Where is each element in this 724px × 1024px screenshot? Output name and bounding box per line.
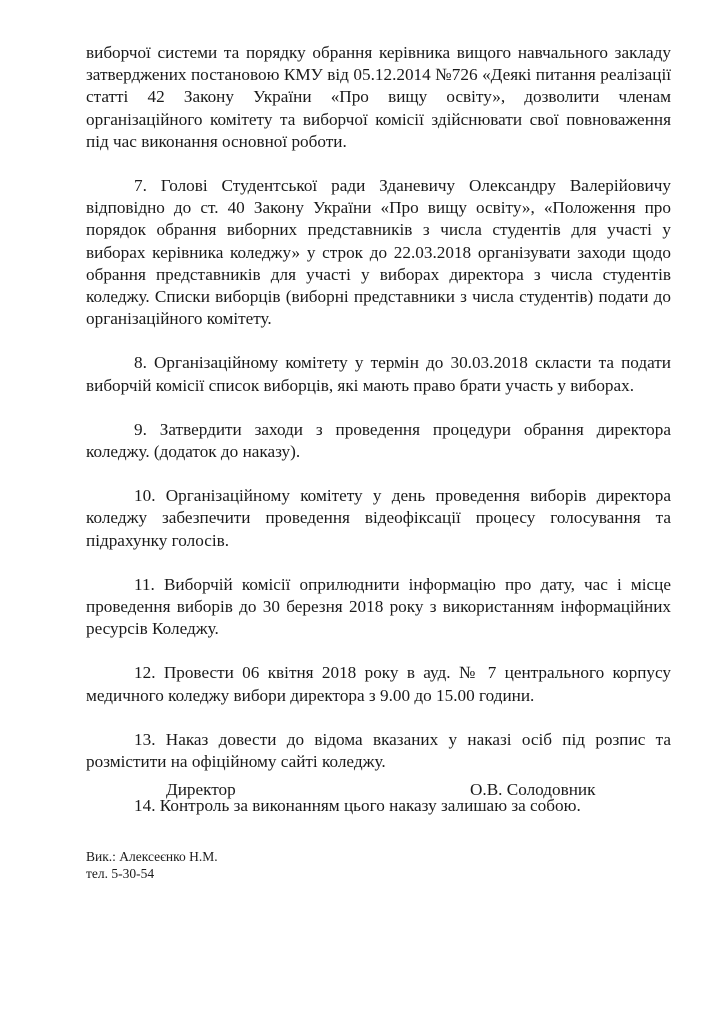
spacer [86,640,671,662]
paragraph-item-12: 12. Провести 06 квітня 2018 року в ауд. … [86,662,671,706]
paragraph-item-13: 13. Наказ довести до відома вказаних у н… [86,729,671,773]
signature-position: Директор [166,780,236,800]
paragraph-item-7: 7. Голові Студентської ради Зданевичу Ол… [86,175,671,330]
spacer [86,153,671,175]
paragraph-item-11: 11. Виборчій комісії оприлюднити інформа… [86,574,671,641]
executor-name: Вик.: Алексеєнко Н.М. [86,848,218,865]
spacer [86,397,671,419]
executor-block: Вик.: Алексеєнко Н.М. тел. 5-30-54 [86,848,218,882]
spacer [86,707,671,729]
paragraph-item-10: 10. Організаційному комітету у день пров… [86,485,671,552]
paragraph-item-9: 9. Затвердити заходи з проведення процед… [86,419,671,463]
document-body: виборчої системи та порядку обрання кері… [86,42,671,817]
spacer [86,552,671,574]
paragraph-continuation: виборчої системи та порядку обрання кері… [86,42,671,153]
signature-name: О.В. Солодовник [470,780,595,800]
spacer [86,463,671,485]
paragraph-item-8: 8. Організаційному комітету у термін до … [86,352,671,396]
executor-phone: тел. 5-30-54 [86,865,218,882]
spacer [86,330,671,352]
